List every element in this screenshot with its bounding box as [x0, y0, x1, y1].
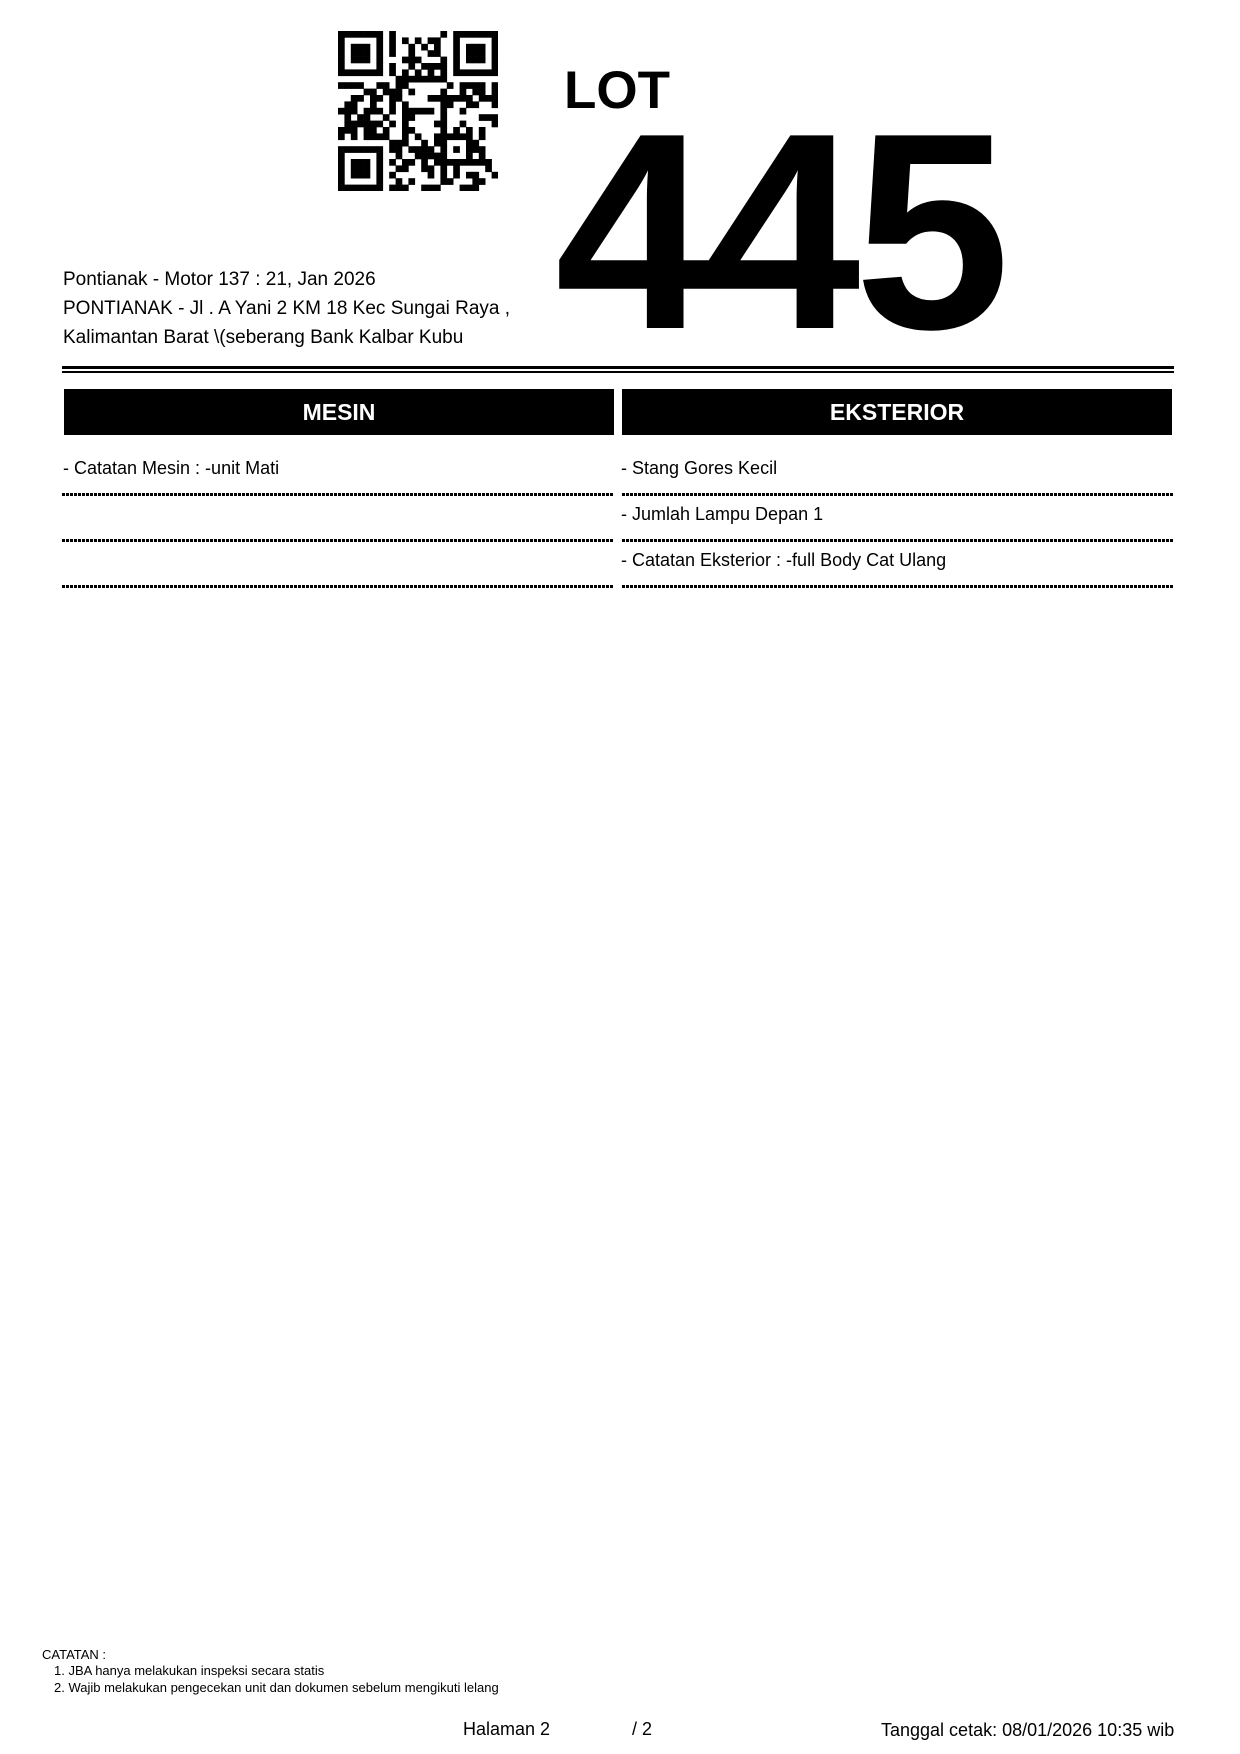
qr-code-icon [338, 31, 498, 191]
eksterior-item: - Catatan Eksterior : -full Body Cat Ula… [621, 551, 946, 569]
notes-title: CATATAN : [42, 1648, 106, 1661]
eksterior-item: - Jumlah Lampu Depan 1 [621, 505, 823, 523]
header-divider-bottom [62, 371, 1174, 373]
lot-number: 445 [555, 92, 1004, 372]
header-divider-top [62, 366, 1174, 369]
print-date: Tanggal cetak: 08/01/2026 10:35 wib [881, 1721, 1174, 1739]
eksterior-item: - Stang Gores Kecil [621, 459, 777, 477]
dotted-divider [62, 585, 614, 588]
notes-item: 1. JBA hanya melakukan inspeksi secara s… [54, 1664, 324, 1677]
auction-title: Pontianak - Motor 137 : 21, Jan 2026 [63, 270, 376, 289]
dotted-divider [622, 585, 1174, 588]
eksterior-section-header: EKSTERIOR [622, 389, 1172, 435]
auction-address-line2: Kalimantan Barat \(seberang Bank Kalbar … [63, 328, 463, 347]
dotted-divider [622, 493, 1174, 496]
dotted-divider [622, 539, 1174, 542]
auction-address-line1: PONTIANAK - Jl . A Yani 2 KM 18 Kec Sung… [63, 299, 510, 318]
mesin-section-header: MESIN [64, 389, 614, 435]
dotted-divider [62, 493, 614, 496]
page-number: Halaman 2 [463, 1720, 550, 1738]
eksterior-section-title: EKSTERIOR [830, 399, 964, 426]
page-total: / 2 [632, 1720, 652, 1738]
mesin-section-title: MESIN [303, 399, 376, 426]
notes-item: 2. Wajib melakukan pengecekan unit dan d… [54, 1681, 499, 1694]
mesin-item: - Catatan Mesin : -unit Mati [63, 459, 279, 477]
dotted-divider [62, 539, 614, 542]
